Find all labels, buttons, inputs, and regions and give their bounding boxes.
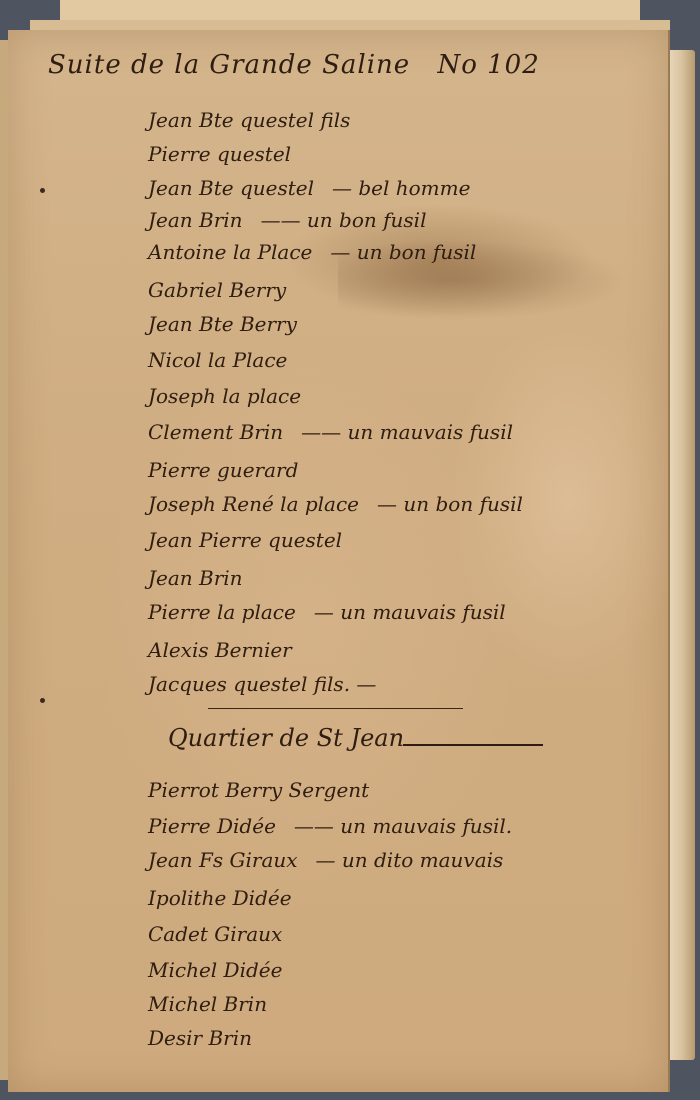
list-item: Jacques questel fils. —: [148, 672, 394, 696]
list-item: Jean Brin—— un bon fusil: [148, 208, 426, 232]
page-title: Suite de la Grande Saline No 102: [48, 50, 540, 80]
list-item: Jean Fs Giraux— un dito mauvais: [148, 848, 503, 872]
title-text: Suite de la Grande Saline: [48, 50, 410, 80]
list-item: Antoine la Place— un bon fusil: [148, 240, 476, 264]
list-item: Pierre questel: [148, 142, 309, 166]
list-item: Pierrot Berry Sergent: [148, 778, 387, 802]
list-item: Clement Brin—— un mauvais fusil: [148, 420, 513, 444]
list-item: Joseph la place: [148, 384, 319, 408]
list-item: Cadet Giraux: [148, 922, 300, 946]
list-item: Michel Didée: [148, 958, 300, 982]
list-item: Nicol la Place: [148, 348, 305, 372]
list-item: Gabriel Berry: [148, 278, 304, 302]
section-divider: [208, 708, 463, 709]
manuscript-page: Suite de la Grande Saline No 102 Jean Bt…: [8, 30, 670, 1092]
paper-spot: [40, 188, 45, 193]
list-item: Ipolithe Didée: [148, 886, 310, 910]
section-heading: Quartier de St Jean: [168, 724, 404, 752]
list-item: Pierre Didée—— un mauvais fusil.: [148, 814, 512, 838]
list-item: Jean Brin: [148, 566, 261, 590]
list-item: Pierre guerard: [148, 458, 316, 482]
list-item: Pierre la place— un mauvais fusil: [148, 600, 506, 624]
section-heading-flourish: [403, 744, 543, 746]
list-item: Jean Bte Berry: [148, 312, 315, 336]
page-number: No 102: [437, 50, 539, 80]
list-item: Michel Brin: [148, 992, 285, 1016]
list-item: Joseph René la place— un bon fusil: [148, 492, 523, 516]
list-item: Alexis Bernier: [148, 638, 310, 662]
list-item: Jean Bte questel fils: [148, 108, 368, 132]
list-item: Jean Bte questel— bel homme: [148, 176, 470, 200]
paper-spot: [40, 698, 45, 703]
list-item: Desir Brin: [148, 1026, 270, 1050]
list-item: Jean Pierre questel: [148, 528, 360, 552]
